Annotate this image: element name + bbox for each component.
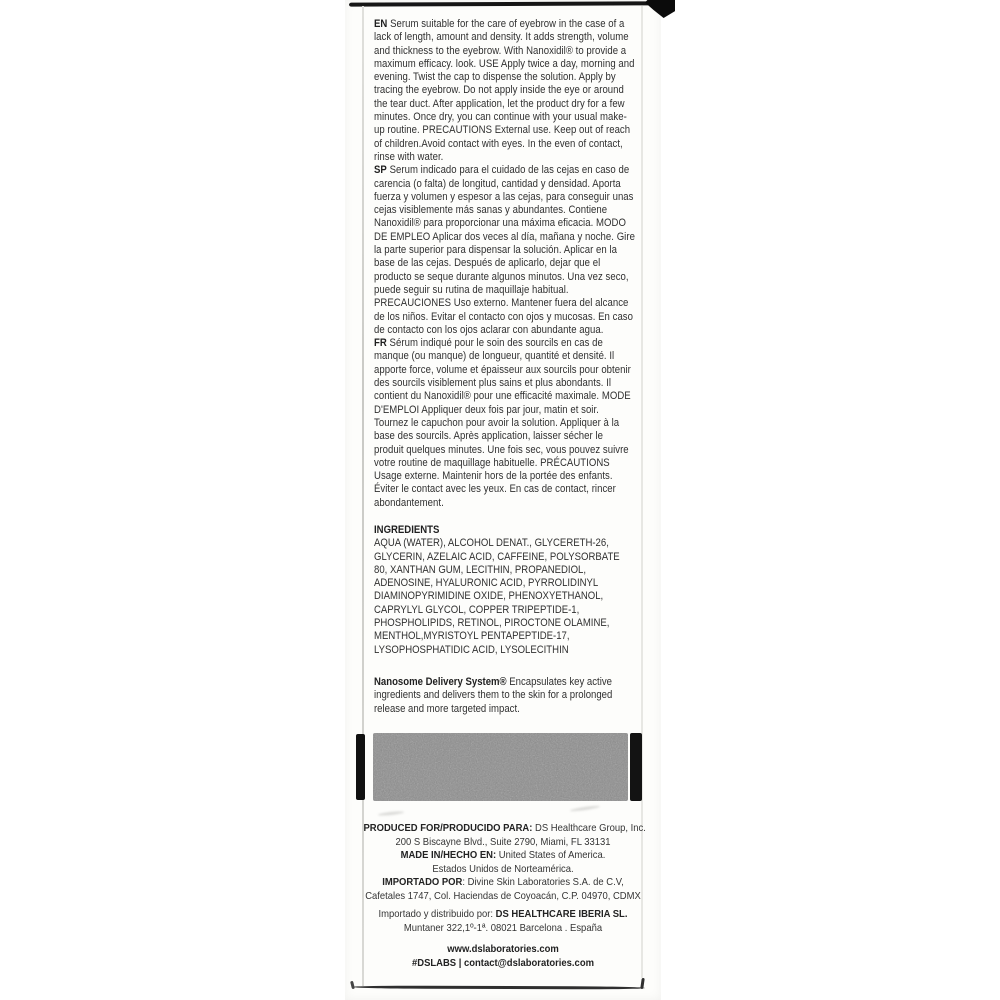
paragraph-fr-text: Sérum indiqué pour le soin des sourcils … bbox=[374, 337, 631, 509]
ingredients-header: INGREDIENTS bbox=[374, 524, 635, 537]
footer-line-made-in-es: Estados Unidos de Norteamérica. bbox=[364, 863, 643, 877]
strip-left-black-edge bbox=[356, 734, 365, 800]
ingredients-section: INGREDIENTS AQUA (WATER), ALCOHOL DENAT.… bbox=[374, 524, 635, 657]
footer-line-made-in: MADE IN/HECHO EN: United States of Ameri… bbox=[364, 849, 643, 863]
footer-line-importado-por: IMPORTADO POR: Divine Skin Laboratories … bbox=[364, 876, 643, 890]
paragraph-en: EN Serum suitable for the care of eyebro… bbox=[374, 18, 635, 164]
footer-line-address-miami: 200 S Biscayne Blvd., Suite 2790, Miami,… bbox=[364, 836, 643, 850]
strip-grain-texture bbox=[373, 733, 628, 801]
footer-bold-label: IMPORTADO POR bbox=[382, 876, 462, 888]
ingredients-list: AQUA (WATER), ALCOHOL DENAT., GLYCERETH-… bbox=[374, 537, 635, 657]
paragraph-en-text: Serum suitable for the care of eyebrow i… bbox=[374, 18, 634, 163]
scratched-foil-strip bbox=[356, 733, 642, 801]
strip-right-black-edge bbox=[630, 733, 642, 801]
footer-text: Importado y distribuido por: bbox=[379, 908, 496, 920]
paragraph-sp: SP Serum indicado para el cuidado de las… bbox=[374, 164, 635, 337]
paragraph-sp-text: Serum indicado para el cuidado de las ce… bbox=[374, 164, 635, 336]
footer-bold-label: MADE IN/HECHO EN: bbox=[401, 849, 497, 861]
footer-bold-label: PRODUCED FOR/PRODUCIDO PARA: bbox=[364, 822, 533, 834]
nanosome-section: Nanosome Delivery System® Encapsulates k… bbox=[374, 676, 635, 716]
producer-info-block: PRODUCED FOR/PRODUCIDO PARA: DS Healthca… bbox=[364, 822, 643, 970]
footer-text: Muntaner 322,1º-1ª. 08021 Barcelona . Es… bbox=[404, 922, 602, 934]
nanosome-title: Nanosome Delivery System® bbox=[374, 676, 507, 688]
footer-line-website: www.dslaboratories.com bbox=[364, 943, 643, 957]
directions-text-block: EN Serum suitable for the care of eyebro… bbox=[374, 18, 635, 510]
footer-text: United States of America. bbox=[496, 849, 605, 861]
footer-line-address-cdmx: Cafetales 1747, Col. Haciendas de Coyoac… bbox=[364, 890, 643, 904]
language-tag-fr: FR bbox=[374, 337, 387, 349]
paragraph-fr: FR Sérum indiqué pour le soin des sourci… bbox=[374, 337, 635, 510]
footer-line-contact: #DSLABS | contact@dslaboratories.com bbox=[364, 957, 643, 971]
website-url: www.dslaboratories.com bbox=[447, 943, 559, 955]
contact-email: #DSLABS | contact@dslaboratories.com bbox=[412, 957, 594, 969]
footer-line-distribuido-por: Importado y distribuido por: DS HEALTHCA… bbox=[364, 908, 643, 922]
footer-text: Estados Unidos de Norteamérica. bbox=[432, 863, 573, 875]
footer-text: DS Healthcare Group, Inc. bbox=[532, 822, 645, 834]
footer-text: Cafetales 1747, Col. Haciendas de Coyoac… bbox=[365, 890, 641, 902]
footer-text: 200 S Biscayne Blvd., Suite 2790, Miami,… bbox=[395, 836, 610, 848]
footer-bold-label: DS HEALTHCARE IBERIA SL. bbox=[496, 908, 628, 920]
language-tag-sp: SP bbox=[374, 164, 387, 176]
footer-line-produced-for: PRODUCED FOR/PRODUCIDO PARA: DS Healthca… bbox=[364, 822, 643, 836]
footer-line-address-barcelona: Muntaner 322,1º-1ª. 08021 Barcelona . Es… bbox=[364, 922, 643, 936]
grain-noise-graphic bbox=[373, 733, 628, 801]
footer-text: : Divine Skin Laboratories S.A. de C.V, bbox=[462, 876, 623, 888]
language-tag-en: EN bbox=[374, 18, 387, 30]
